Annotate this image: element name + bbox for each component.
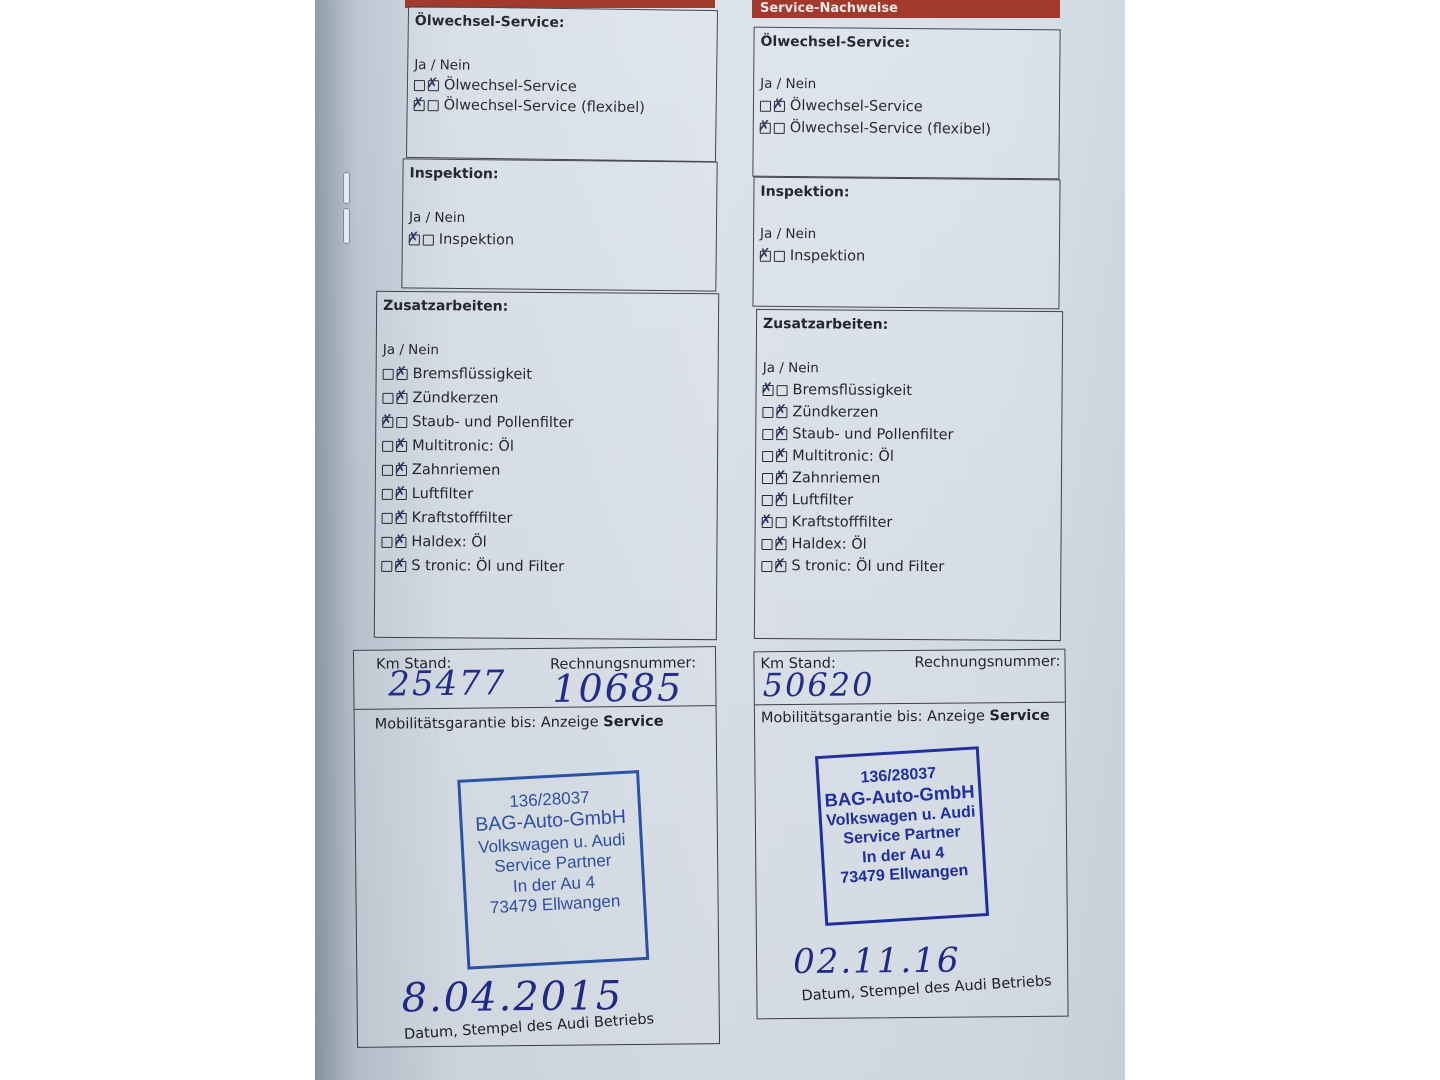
checklist-label: Kraftstofffilter	[412, 510, 513, 527]
ja-checkbox[interactable]	[762, 428, 773, 439]
ja-checkbox[interactable]	[382, 416, 393, 427]
ja-checkbox[interactable]	[762, 450, 773, 461]
checklist-row: Staub- und Pollenfilter	[382, 414, 717, 432]
checklist-row: Ölwechsel-Service	[760, 98, 1059, 117]
checklist-label: Haldex: Öl	[411, 534, 486, 551]
ja-checkbox[interactable]	[761, 560, 772, 571]
nein-checkbox[interactable]	[423, 234, 434, 245]
checklist-label: Bremsflüssigkeit	[793, 382, 912, 399]
nein-checkbox[interactable]	[396, 488, 407, 499]
checklist-row: Bremsflüssigkeit	[383, 366, 718, 384]
nein-checkbox[interactable]	[774, 100, 785, 111]
ja-nein-label: Ja / Nein	[414, 57, 716, 77]
checklist-label: Kraftstofffilter	[792, 514, 893, 531]
right-extra-section: Zusatzarbeiten: Ja / Nein Bremsflüssigke…	[754, 309, 1063, 641]
checklist-row: Zahnriemen	[382, 462, 717, 480]
dealer-stamp: 136/28037BAG-Auto-GmbHVolkswagen u. Audi…	[457, 770, 649, 970]
ja-checkbox[interactable]	[760, 250, 771, 261]
invoice-value-handwritten: 10685	[552, 665, 683, 710]
checklist-row: Zündkerzen	[762, 404, 1061, 422]
right-inspection-section: Inspektion: Ja / Nein Inspektion	[752, 177, 1060, 310]
section-title: Zusatzarbeiten:	[763, 316, 1062, 334]
nein-checkbox[interactable]	[775, 539, 786, 550]
checklist-label: Staub- und Pollenfilter	[412, 414, 573, 431]
checklist-row: Ölwechsel-Service (flexibel)	[760, 120, 1059, 139]
checklist-label: Luftfilter	[412, 486, 473, 502]
staple	[343, 172, 350, 204]
nein-checkbox[interactable]	[774, 250, 785, 261]
ja-nein-label: Ja / Nein	[409, 209, 716, 228]
ja-checkbox[interactable]	[383, 368, 394, 379]
checklist-row: Multitronic: Öl	[382, 438, 717, 456]
ja-nein-label: Ja / Nein	[760, 76, 1059, 95]
checklist-label: Luftfilter	[792, 492, 853, 508]
ja-checkbox[interactable]	[760, 122, 771, 133]
nein-checkbox[interactable]	[396, 440, 407, 451]
left-oil-section: Ölwechsel-Service: Ja / Nein Ölwechsel-S…	[406, 6, 718, 162]
nein-checkbox[interactable]	[428, 100, 439, 111]
nein-checkbox[interactable]	[776, 495, 787, 506]
ja-nein-label: Ja / Nein	[760, 226, 1059, 245]
ja-checkbox[interactable]	[762, 494, 773, 505]
checklist-row: S tronic: Öl und Filter	[761, 558, 1060, 576]
checklist-row: Haldex: Öl	[761, 536, 1060, 554]
checklist-label: Haldex: Öl	[791, 536, 866, 553]
nein-checkbox[interactable]	[776, 451, 787, 462]
checklist-row: Kraftstofffilter	[762, 514, 1061, 532]
checklist-label: S tronic: Öl und Filter	[791, 558, 944, 575]
checklist-row: Staub- und Pollenfilter	[762, 426, 1061, 444]
ja-checkbox[interactable]	[414, 99, 425, 110]
section-title: Inspektion:	[760, 184, 1059, 203]
ja-checkbox[interactable]	[382, 440, 393, 451]
checklist-row: Zündkerzen	[382, 390, 717, 408]
checklist-label: Inspektion	[439, 232, 514, 249]
nein-checkbox[interactable]	[396, 416, 407, 427]
nein-checkbox[interactable]	[428, 80, 439, 91]
checklist-label: Ölwechsel-Service	[444, 77, 577, 95]
mobility-guarantee-label: Mobilitätsgarantie bis: Anzeige Service	[375, 714, 664, 733]
checklist-row: Zahnriemen	[762, 470, 1061, 488]
ja-checkbox[interactable]	[761, 538, 772, 549]
invoice-label: Rechnungsnummer:	[914, 654, 1060, 671]
left-extra-section: Zusatzarbeiten: Ja / Nein Bremsflüssigke…	[374, 291, 719, 640]
section-title: Ölwechsel-Service:	[760, 34, 1059, 53]
nein-checkbox[interactable]	[396, 464, 407, 475]
left-record-section: Km Stand: Rechnungsnummer: 25477 10685 M…	[353, 646, 720, 1048]
checklist-row: Bremsflüssigkeit	[763, 382, 1062, 400]
ja-checkbox[interactable]	[382, 488, 393, 499]
ja-checkbox[interactable]	[409, 234, 420, 245]
nein-checkbox[interactable]	[776, 429, 787, 440]
checklist-label: Zahnriemen	[412, 462, 500, 479]
ja-nein-label: Ja / Nein	[763, 360, 1062, 378]
ja-checkbox[interactable]	[760, 100, 771, 111]
checklist-label: Multitronic: Öl	[792, 448, 894, 465]
right-oil-section: Ölwechsel-Service: Ja / Nein Ölwechsel-S…	[752, 27, 1060, 180]
checklist-label: S tronic: Öl und Filter	[411, 558, 564, 575]
ja-checkbox[interactable]	[382, 464, 393, 475]
ja-checkbox[interactable]	[762, 516, 773, 527]
checklist-row: S tronic: Öl und Filter	[381, 558, 716, 576]
checklist-row: Ölwechsel-Service (flexibel)	[414, 97, 716, 117]
header-bar-right: Service-Nachweise	[752, 0, 1060, 18]
nein-checkbox[interactable]	[776, 517, 787, 528]
nein-checkbox[interactable]	[777, 385, 788, 396]
checklist-label: Bremsflüssigkeit	[413, 366, 532, 383]
checklist-label: Staub- und Pollenfilter	[792, 426, 953, 443]
checklist-row: Haldex: Öl	[381, 534, 716, 552]
checklist-label: Zündkerzen	[792, 404, 878, 421]
checklist-row: Ölwechsel-Service	[414, 77, 716, 97]
staple	[343, 208, 350, 244]
dealer-stamp: 136/28037BAG-Auto-GmbHVolkswagen u. Audi…	[815, 746, 989, 926]
nein-checkbox[interactable]	[396, 512, 407, 523]
section-title: Inspektion:	[409, 165, 716, 184]
ja-checkbox[interactable]	[762, 472, 773, 483]
nein-checkbox[interactable]	[776, 407, 787, 418]
checklist-label: Ölwechsel-Service (flexibel)	[790, 120, 991, 138]
km-value-handwritten: 25477	[388, 663, 507, 704]
checklist-row: Kraftstofffilter	[382, 510, 717, 528]
checklist-row: Inspektion	[409, 231, 716, 250]
checklist-label: Multitronic: Öl	[412, 438, 514, 455]
checklist-row: Luftfilter	[382, 486, 717, 504]
ja-checkbox[interactable]	[381, 536, 392, 547]
km-value-handwritten: 50620	[763, 665, 875, 704]
nein-checkbox[interactable]	[395, 536, 406, 547]
nein-checkbox[interactable]	[397, 368, 408, 379]
nein-checkbox[interactable]	[396, 392, 407, 403]
ja-checkbox[interactable]	[762, 406, 773, 417]
ja-checkbox[interactable]	[381, 560, 392, 571]
ja-checkbox[interactable]	[763, 384, 774, 395]
checklist-label: Zahnriemen	[792, 470, 880, 487]
checklist-label: Ölwechsel-Service (flexibel)	[444, 97, 645, 116]
section-title: Zusatzarbeiten:	[383, 298, 718, 316]
checklist-label: Ölwechsel-Service	[790, 98, 923, 115]
nein-checkbox[interactable]	[775, 561, 786, 572]
service-date-handwritten: 02.11.16	[793, 941, 961, 982]
checklist-label: Zündkerzen	[412, 390, 498, 407]
ja-checkbox[interactable]	[382, 392, 393, 403]
nein-checkbox[interactable]	[395, 560, 406, 571]
checklist-row: Luftfilter	[762, 492, 1061, 510]
ja-checkbox[interactable]	[382, 512, 393, 523]
checklist-row: Multitronic: Öl	[762, 448, 1061, 466]
ja-nein-label: Ja / Nein	[383, 342, 718, 360]
checklist-label: Inspektion	[790, 248, 865, 265]
service-date-handwritten: 8.04.2015	[401, 973, 623, 1021]
right-record-section: Km Stand: Rechnungsnummer: 50620 Mobilit…	[753, 649, 1068, 1020]
mobility-guarantee-label: Mobilitätsgarantie bis: Anzeige Service	[761, 708, 1050, 727]
nein-checkbox[interactable]	[776, 473, 787, 484]
ja-checkbox[interactable]	[414, 79, 425, 90]
nein-checkbox[interactable]	[774, 122, 785, 133]
checklist-row: Inspektion	[760, 248, 1059, 267]
left-inspection-section: Inspektion: Ja / Nein Inspektion	[401, 158, 717, 291]
service-booklet-photo: Service-Nachweise Ölwechsel-Service: Ja …	[315, 0, 1125, 1080]
